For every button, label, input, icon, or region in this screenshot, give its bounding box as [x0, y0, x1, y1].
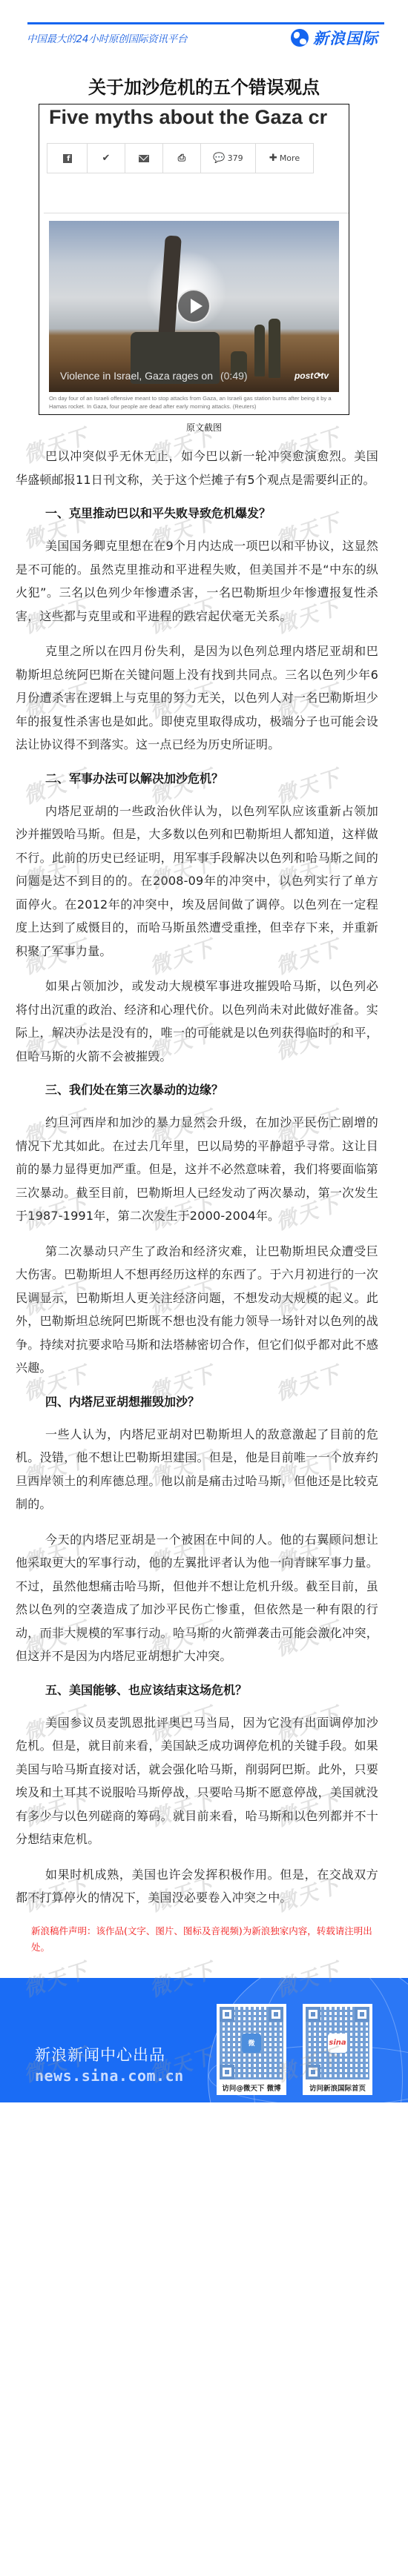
screenshot-label: 原文截图 [0, 421, 408, 437]
paragraph: 美国国务卿克里想在在9个月内达成一项巴以和平协议，这显然是不可能的。虽然克里推动… [16, 534, 378, 628]
header-divider [27, 22, 384, 24]
paragraph: 约旦河西岸和加沙的暴力显然会升级，在加沙平民伤亡剧增的情况下尤其如此。在过去几年… [16, 1111, 378, 1228]
original-article-screenshot: Five myths about the Gaza cr f ✔ ⎙ 💬 379… [39, 104, 349, 415]
section-heading-1: 一、克里推动巴以和平失败导致危机爆发？ [16, 503, 378, 524]
section-heading-4: 四、内塔尼亚胡想摧毁加沙？ [16, 1392, 378, 1413]
header-slogan: 中国最大的24小时原创国际资讯平台 [27, 30, 187, 45]
footer-credits: 新浪新闻中心出品 news.sina.com.cn [35, 2043, 184, 2085]
page-header: 中国最大的24小时原创国际资讯平台 新浪国际 [0, 0, 408, 50]
qr-finder [355, 2007, 369, 2022]
video-title: Violence in Israel, Gaza rages on(0:49) [60, 370, 248, 382]
paragraph: 克里之所以在四月份失利，是因为以色列总理内塔尼亚胡和巴勒斯坦总统阿巴斯在关键问题… [16, 640, 378, 757]
share-facebook-button[interactable]: f [47, 144, 88, 173]
more-button[interactable]: ✚ More [256, 144, 313, 173]
qr-sina-intl[interactable]: sina 访问新浪国际首页 [303, 2004, 372, 2095]
brand-logo[interactable]: 新浪国际 [291, 27, 378, 49]
qr-finder [220, 2007, 234, 2022]
qr-finder [220, 2065, 234, 2079]
video-caption: On day four of an Israeli offensive mean… [49, 394, 342, 411]
print-button[interactable]: ⎙ [163, 144, 201, 173]
copyright-notice: 新浪稿件声明：该作品(文字、图片、图标及音视频)为新浪独家内容，转载请注明出处。 [0, 1923, 408, 1965]
soldier [254, 325, 265, 376]
brand-name: 新浪国际 [313, 27, 378, 49]
article-body: 巴以冲突似乎无休无止，如今巴以新一轮冲突愈演愈烈。美国华盛顿邮报11日刊文称，关… [0, 445, 408, 1910]
globe-icon [291, 29, 309, 47]
twitter-icon: ✔ [102, 153, 111, 164]
footer-producer: 新浪新闻中心出品 [35, 2043, 184, 2065]
qr-finder [306, 2065, 320, 2079]
page-footer: 新浪新闻中心出品 news.sina.com.cn 微 访问@微天下 微博 si… [0, 1978, 408, 2102]
qr-code-icon: 微 [220, 2007, 283, 2079]
section-heading-5: 五、美国能够、也应该结束这场危机？ [16, 1680, 378, 1701]
qr-label: 访问新浪国际首页 [306, 2082, 369, 2093]
paragraph: 如果占领加沙，或发动大规模军事进攻摧毁哈马斯，以色列必将付出沉重的政治、经济和心… [16, 975, 378, 1068]
facebook-icon: f [63, 154, 72, 163]
qr-finder [269, 2007, 283, 2022]
comments-icon: 💬 [213, 153, 225, 164]
section-heading-3: 三、我们处在第三次暴动的边缘？ [16, 1080, 378, 1101]
posttv-logo: post⟳tv [295, 371, 329, 381]
weibo-logo-icon: 微 [242, 2034, 261, 2053]
paragraph: 一些人认为，内塔尼亚胡对巴勒斯坦人的敌意激起了目前的危机。没错，他不想让巴勒斯坦… [16, 1423, 378, 1516]
comments-count: 379 [228, 153, 243, 163]
share-bar: f ✔ ⎙ 💬 379 ✚ More [47, 143, 314, 173]
section-heading-2: 二、军事办法可以解决加沙危机？ [16, 769, 378, 789]
paragraph: 今天的内塔尼亚胡是一个被困在中间的人。他的右翼顾问想让他采取更大的军事行动，他的… [16, 1528, 378, 1668]
sina-logo-icon: sina [328, 2034, 347, 2053]
paragraph: 内塔尼亚胡的一些政治伙伴认为，以色列军队应该重新占领加沙并摧毁哈马斯。但是，大多… [16, 800, 378, 963]
play-icon[interactable] [177, 289, 211, 323]
paragraph: 如果时机成熟，美国也许会发挥积极作用。但是，在交战双方都不打算停火的情况下，美国… [16, 1863, 378, 1910]
comments-button[interactable]: 💬 379 [201, 144, 256, 173]
more-label: More [280, 153, 300, 163]
plus-icon: ✚ [269, 153, 277, 164]
paragraph: 第二次暴动只产生了政治和经济灾难，让巴勒斯坦民众遭受巨大伤害。巴勒斯坦人不想再经… [16, 1240, 378, 1380]
print-icon: ⎙ [178, 153, 185, 164]
intro-paragraph: 巴以冲突似乎无休无止，如今巴以新一轮冲突愈演愈烈。美国华盛顿邮报11日刊文称，关… [16, 445, 378, 491]
qr-code-icon: sina [306, 2007, 369, 2079]
video-duration: (0:49) [220, 370, 248, 382]
original-headline: Five myths about the Gaza cr [49, 106, 327, 129]
article-title: 关于加沙危机的五个错误观点 [0, 73, 408, 104]
share-twitter-button[interactable]: ✔ [88, 144, 125, 173]
share-email-button[interactable] [125, 144, 163, 173]
qr-finder [306, 2007, 320, 2022]
qr-weibo[interactable]: 微 访问@微天下 微博 [217, 2004, 286, 2095]
soldier [269, 319, 280, 378]
qr-label: 访问@微天下 微博 [220, 2082, 283, 2093]
paragraph: 美国参议员麦凯恩批评奥巴马当局，因为它没有出面调停加沙危机。但是，就目前来看，美… [16, 1711, 378, 1851]
video-player[interactable]: Violence in Israel, Gaza rages on(0:49) … [49, 221, 339, 392]
email-icon [139, 155, 149, 162]
footer-url-link[interactable]: news.sina.com.cn [35, 2067, 184, 2085]
divider [44, 213, 349, 213]
